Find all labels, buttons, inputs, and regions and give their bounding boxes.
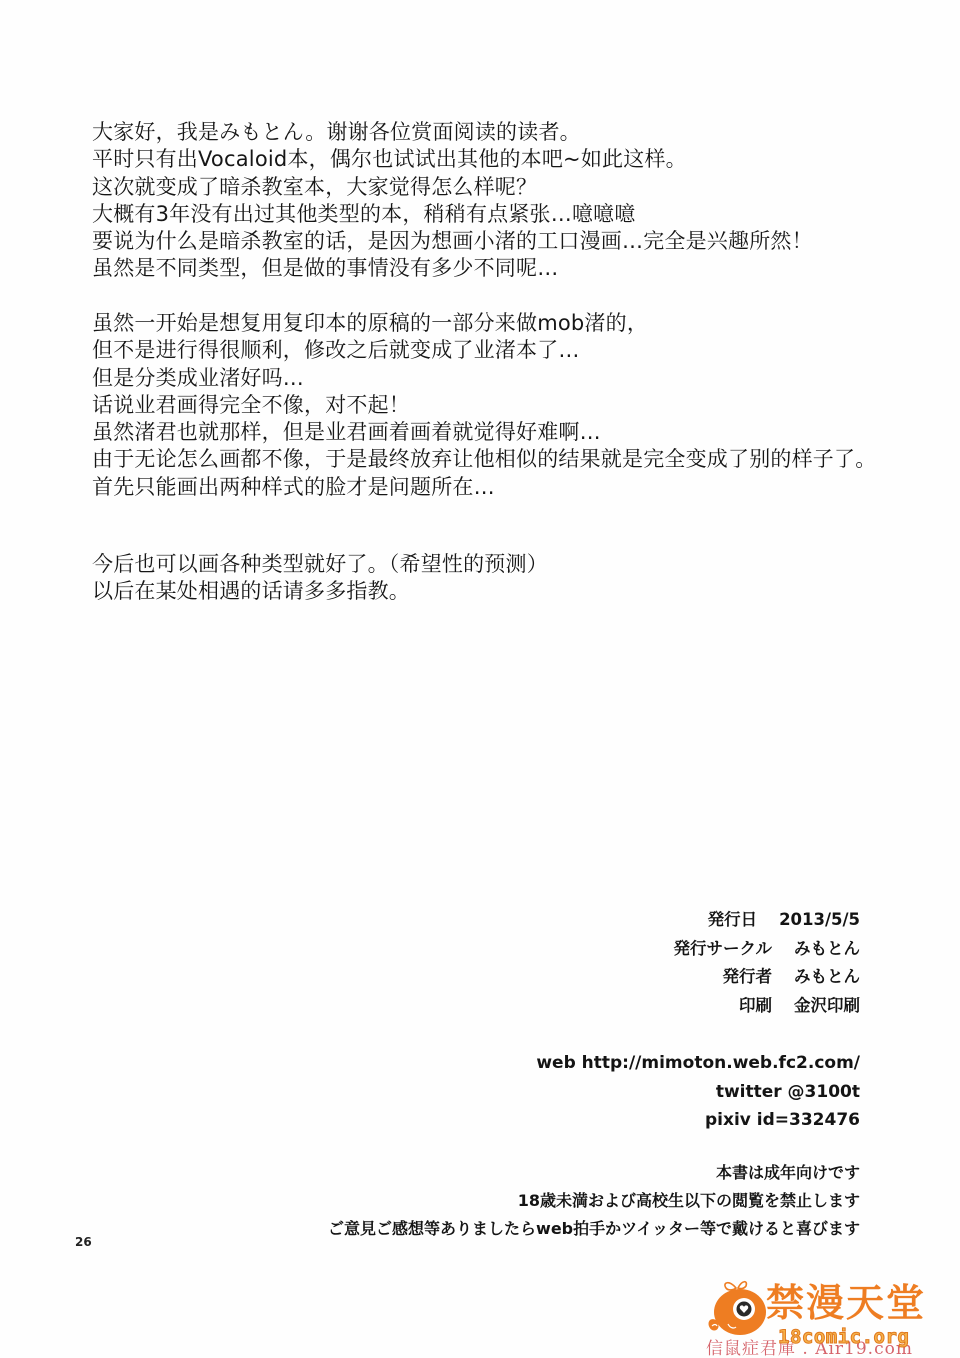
feedback-request-line: ご意見ご感想等ありましたらweb拍手かツイッター等で戴けると喜びます: [328, 1215, 860, 1243]
colophon-label: 印刷: [739, 996, 772, 1015]
page-number: 26: [75, 1235, 92, 1249]
colophon-value: 2013/5/5: [779, 910, 860, 929]
colophon-row-publisher: 発行者みもとん: [673, 963, 860, 992]
afterword-line: 大概有3年没有出过其他类型的本，稍稍有点紧张…噫噫噫: [92, 201, 813, 228]
afterword-line: 虽然是不同类型，但是做的事情没有多少不同呢…: [92, 255, 813, 282]
afterword-line: 但是分类成业渚好吗…: [92, 365, 876, 392]
age-restriction-line: 18歳未満および高校生以下の閲覧を禁止します: [328, 1187, 860, 1215]
colophon-row-printer: 印刷金沢印刷: [673, 992, 860, 1021]
afterword-line: 虽然渚君也就那样，但是业君画着画着就觉得好难啊…: [92, 419, 876, 446]
afterword-line: 大家好，我是みもとん。谢谢各位赏面阅读的读者。: [92, 119, 813, 146]
afterword-line: 平时只有出Vocaloid本，偶尔也试试出其他的本吧~如此这样。: [92, 146, 813, 173]
colophon-value: みもとん: [794, 967, 860, 986]
pixiv-id-text: pixiv id=332476: [536, 1106, 860, 1135]
afterword-line: 首先只能画出两种样式的脸才是问题所在…: [92, 474, 876, 501]
colophon-row-circle: 発行サークルみもとん: [673, 935, 860, 964]
afterword-line: 虽然一开始是想复用复印本的原稿的一部分来做mob渚的，: [92, 310, 876, 337]
colophon-links: web http://mimoton.web.fc2.com/ twitter …: [536, 1049, 860, 1135]
comic-page: 大家好，我是みもとん。谢谢各位赏面阅读的读者。 平时只有出Vocaloid本，偶…: [0, 0, 960, 1358]
colophon-publication-info: 発行日2013/5/5 発行サークルみもとん 発行者みもとん 印刷金沢印刷: [673, 906, 860, 1020]
twitter-handle-text: twitter @3100t: [536, 1078, 860, 1107]
afterword-line: 这次就变成了暗杀教室本，大家觉得怎么样呢？: [92, 174, 813, 201]
web-link-text: web http://mimoton.web.fc2.com/: [536, 1049, 860, 1078]
afterword-line: 今后也可以画各种类型就好了。（希望性的预测）: [92, 551, 548, 578]
afterword-line: 要说为什么是暗杀教室的话，是因为想画小渚的工口漫画…完全是兴趣所然！: [92, 228, 813, 255]
watermark-title: 禁漫天堂: [766, 1282, 926, 1324]
afterword-paragraph-1: 大家好，我是みもとん。谢谢各位赏面阅读的读者。 平时只有出Vocaloid本，偶…: [92, 119, 813, 283]
colophon-value: みもとん: [794, 939, 860, 958]
watermark-domain: 18comic.org: [778, 1326, 909, 1348]
afterword-paragraph-3: 今后也可以画各种类型就好了。（希望性的预测） 以后在某处相遇的话请多多指教。: [92, 551, 548, 606]
afterword-paragraph-2: 虽然一开始是想复用复印本的原稿的一部分来做mob渚的， 但不是进行得很顺利，修改…: [92, 310, 876, 501]
afterword-line: 话说业君画得完全不像，对不起！: [92, 392, 876, 419]
afterword-line: 以后在某处相遇的话请多多指教。: [92, 578, 548, 605]
orange-mascot-heart-icon: [706, 1276, 770, 1340]
colophon-value: 金沢印刷: [794, 996, 860, 1015]
afterword-line: 由于无论怎么画都不像，于是最终放弃让他相似的结果就是完全变成了别的样子了。: [92, 446, 876, 473]
adult-notice-line: 本書は成年向けです: [328, 1159, 860, 1187]
watermark-logo: 禁漫天堂 信鼠症君庫 . Air19.com 18comic.org: [700, 1268, 960, 1358]
colophon-label: 発行者: [723, 967, 773, 986]
afterword-line: 但不是进行得很顺利，修改之后就变成了业渚本了…: [92, 337, 876, 364]
colophon-row-publish-date: 発行日2013/5/5: [673, 906, 860, 935]
colophon-notice: 本書は成年向けです 18歳未満および高校生以下の閲覧を禁止します ご意見ご感想等…: [328, 1159, 860, 1243]
colophon-label: 発行日: [708, 910, 758, 929]
colophon-label: 発行サークル: [673, 939, 772, 958]
